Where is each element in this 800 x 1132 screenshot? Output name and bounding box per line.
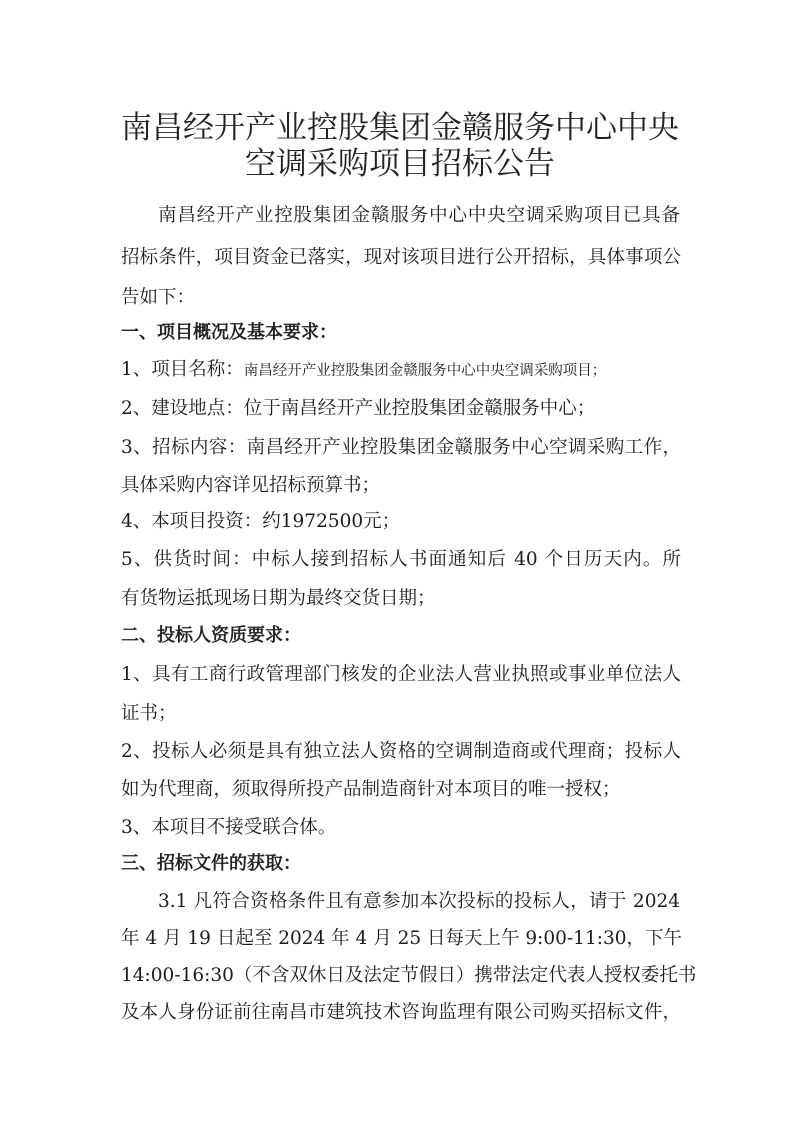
document-page: 南昌经开产业控股集团金赣服务中心中央 空调采购项目招标公告 南昌经开产业控股集团… (0, 0, 800, 1132)
section-1-item-5-line-2: 有货物运抵现场日期为最终交货日期； (121, 587, 681, 611)
document-title-line-1: 南昌经开产业控股集团金赣服务中心中央 (100, 110, 700, 146)
section-3-para-line-3: 14:00-16:30（不含双休日及法定节假日）携带法定代表人授权委托书 (121, 964, 681, 988)
item-1-label: 1、项目名称： (121, 359, 244, 380)
item-1-value: 南昌经开产业控股集团金赣服务中心中央空调采购项目； (244, 363, 607, 379)
section-3-para-line-4: 及本人身份证前往南昌市建筑技术咨询监理有限公司购买招标文件， (121, 1001, 681, 1025)
section-2-item-2-line-1: 2、投标人必须是具有独立法人资格的空调制造商或代理商；投标人 (121, 740, 681, 764)
intro-line-1: 南昌经开产业控股集团金赣服务中心中央空调采购项目已具备 (158, 204, 680, 228)
section-1-item-3-line-2: 具体采购内容详见招标预算书； (121, 474, 681, 498)
section-2-item-3: 3、本项目不接受联合体。 (121, 816, 681, 840)
section-1-item-3-line-1: 3、招标内容：南昌经开产业控股集团金赣服务中心空调采购工作， (121, 436, 681, 460)
section-1-item-5-line-1: 5、供货时间：中标人接到招标人书面通知后 40 个日历天内。所 (121, 548, 681, 572)
intro-line-3: 告如下： (121, 286, 681, 310)
section-1-item-2: 2、建设地点：位于南昌经开产业控股集团金赣服务中心； (121, 397, 681, 421)
section-1-item-4: 4、本项目投资：约1972500元； (121, 510, 681, 534)
section-3-heading: 三、招标文件的获取： (121, 852, 681, 876)
section-3-para-line-1: 3.1 凡符合资格条件且有意参加本次投标的投标人，请于 2024 (158, 890, 680, 914)
section-2-item-2-line-2: 如为代理商，须取得所投产品制造商针对本项目的唯一授权； (121, 778, 681, 802)
section-3-para-line-2: 年 4 月 19 日起至 2024 年 4 月 25 日每天上午 9:00-11… (121, 927, 681, 951)
section-1-heading: 一、项目概况及基本要求： (121, 321, 681, 345)
section-2-item-1-line-1: 1、具有工商行政管理部门核发的企业法人营业执照或事业单位法人 (121, 663, 681, 687)
section-1-item-1: 1、项目名称：南昌经开产业控股集团金赣服务中心中央空调采购项目； (121, 358, 681, 383)
section-2-heading: 二、投标人资质要求： (121, 624, 681, 648)
intro-line-2: 招标条件，项目资金已落实，现对该项目进行公开招标，具体事项公 (121, 246, 681, 270)
section-2-item-1-line-2: 证书； (121, 702, 681, 726)
document-title-line-2: 空调采购项目招标公告 (100, 146, 700, 182)
